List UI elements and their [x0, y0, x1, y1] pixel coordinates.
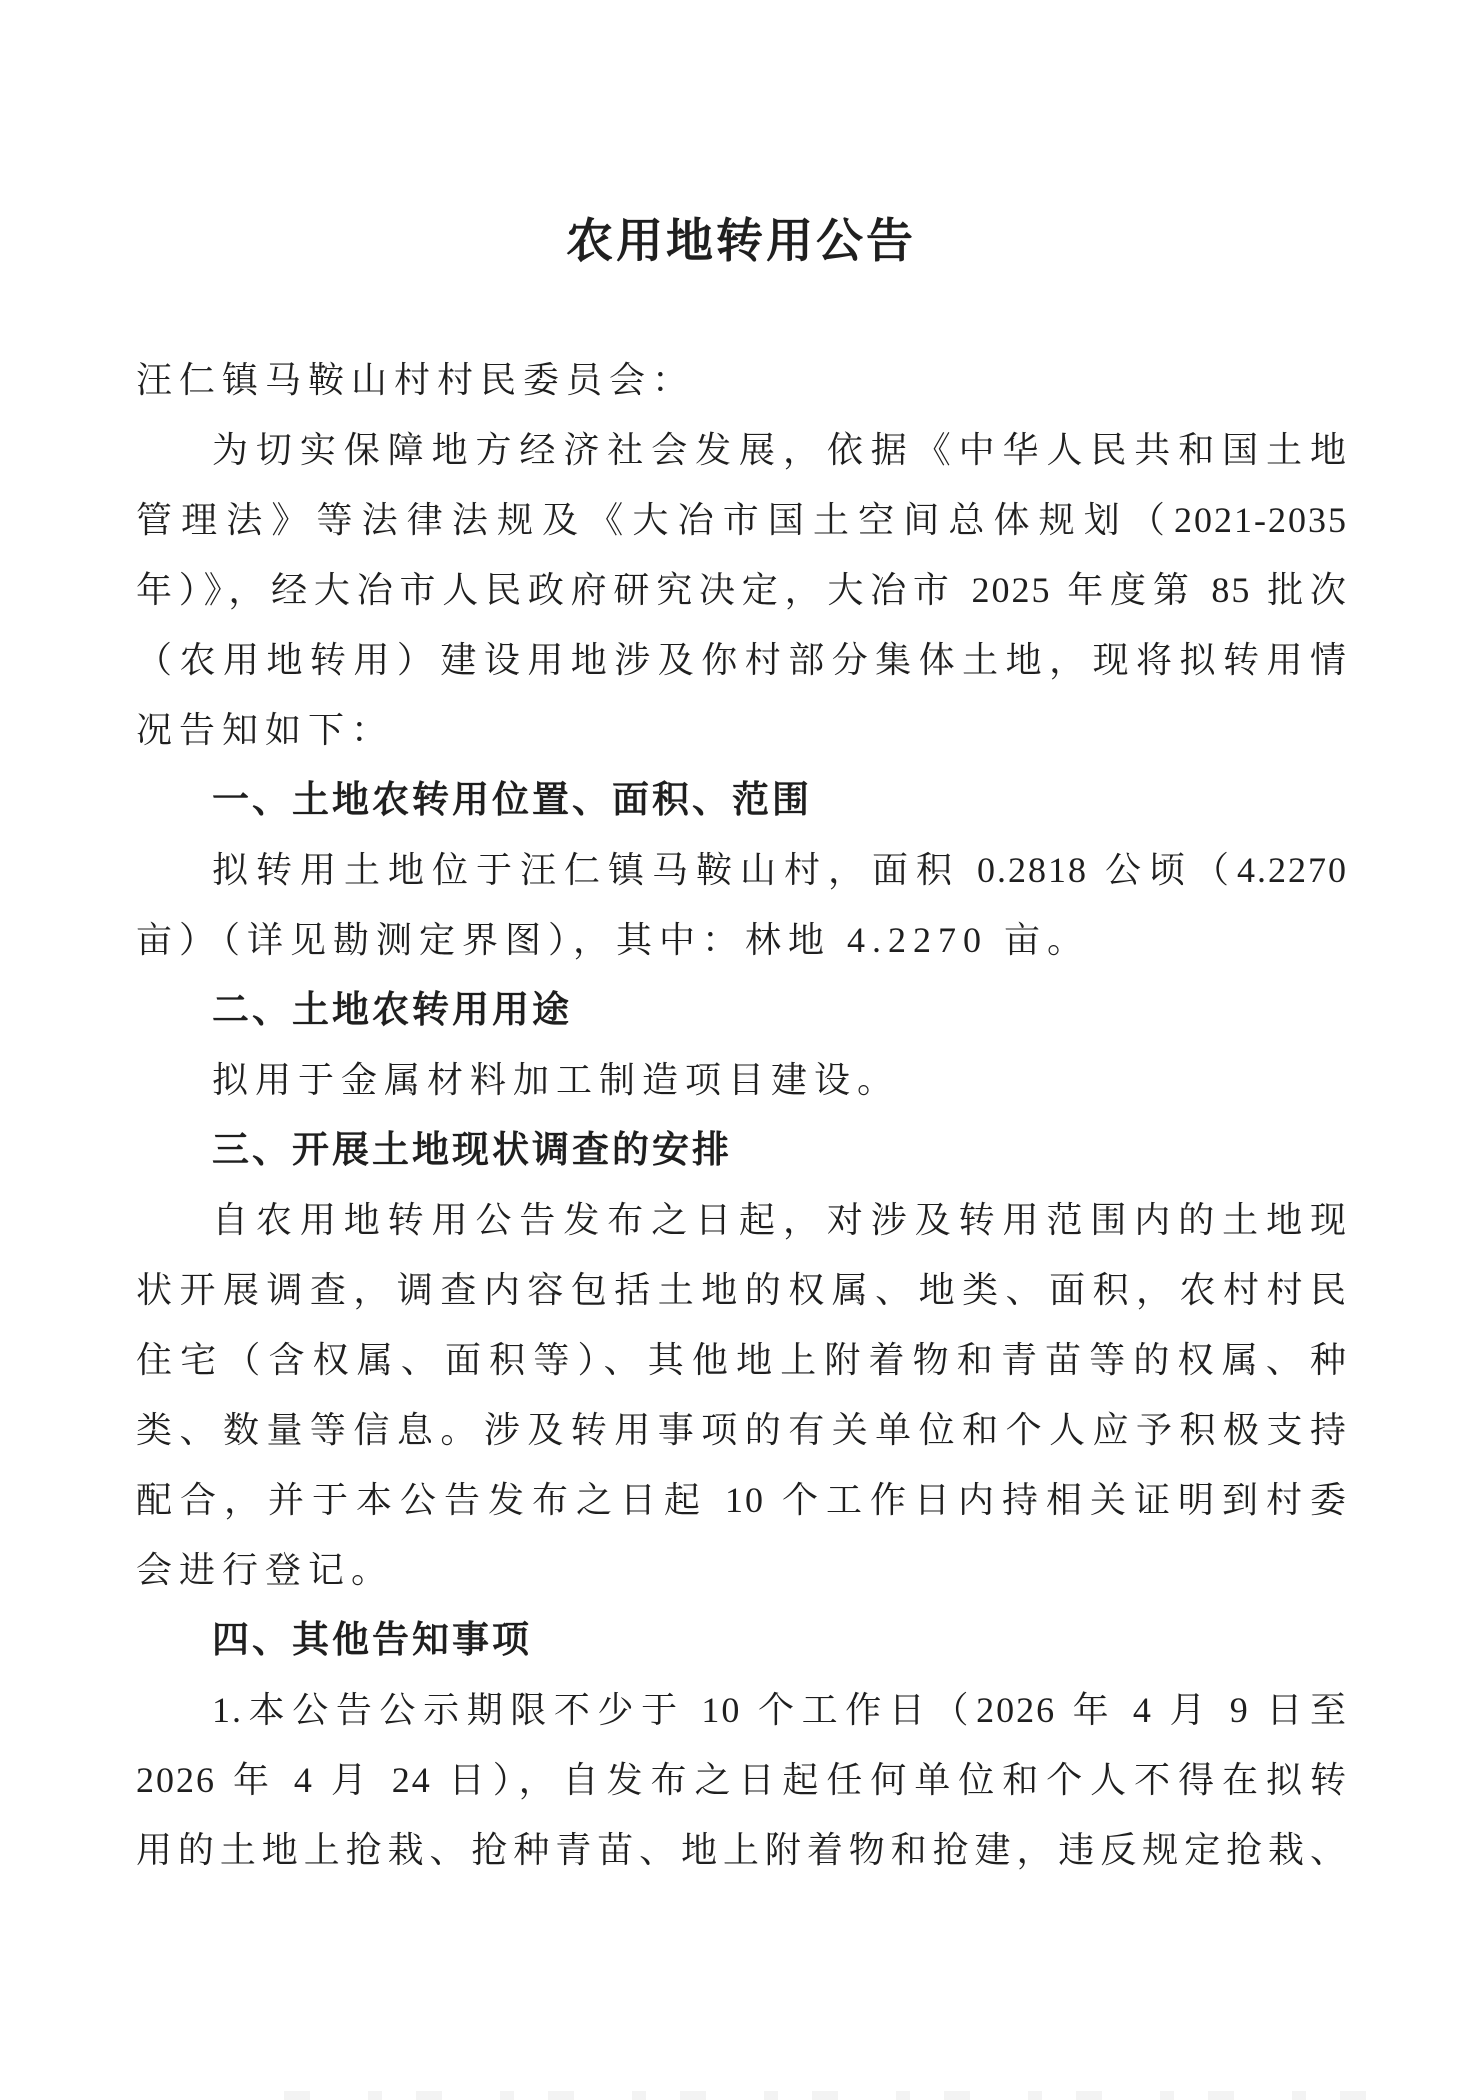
- section-heading: 三、开展土地现状调查的安排: [136, 1115, 1348, 1185]
- document-page: 农用地转用公告 汪仁镇马鞍山村村民委员会：为切实保障地方经济社会发展，依据《中华…: [0, 0, 1482, 2100]
- text-line: 配合，并于本公告发布之日起 10 个工作日内持相关证明到村委: [136, 1465, 1348, 1535]
- text-line: 自农用地转用公告发布之日起，对涉及转用范围内的土地现: [136, 1185, 1348, 1255]
- text-line: 状开展调查，调查内容包括土地的权属、地类、面积，农村村民: [136, 1255, 1348, 1325]
- text-line: 为切实保障地方经济社会发展，依据《中华人民共和国土地: [136, 415, 1348, 485]
- text-line: （农用地转用）建设用地涉及你村部分集体土地，现将拟转用情: [136, 625, 1348, 695]
- section-heading: 二、土地农转用用途: [136, 975, 1348, 1045]
- document-title: 农用地转用公告: [0, 212, 1482, 272]
- text-line: 用的土地上抢栽、抢种青苗、地上附着物和抢建，违反规定抢栽、: [136, 1815, 1348, 1885]
- document-body: 汪仁镇马鞍山村村民委员会：为切实保障地方经济社会发展，依据《中华人民共和国土地管…: [136, 345, 1348, 1885]
- text-line: 类、数量等信息。涉及转用事项的有关单位和个人应予积极支持: [136, 1395, 1348, 1465]
- text-line: 2026 年 4 月 24 日），自发布之日起任何单位和个人不得在拟转: [136, 1745, 1348, 1815]
- text-line: 1.本公告公示期限不少于 10 个工作日（2026 年 4 月 9 日至: [136, 1675, 1348, 1745]
- text-line: 管理法》等法律法规及《大冶市国土空间总体规划（2021-2035: [136, 485, 1348, 555]
- section-heading: 四、其他告知事项: [136, 1605, 1348, 1675]
- text-line: 会进行登记。: [136, 1535, 1348, 1605]
- text-line: 汪仁镇马鞍山村村民委员会：: [136, 345, 1348, 415]
- text-line: 年）》，经大冶市人民政府研究决定，大冶市 2025 年度第 85 批次: [136, 555, 1348, 625]
- text-line: 住宅（含权属、面积等）、其他地上附着物和青苗等的权属、种: [136, 1325, 1348, 1395]
- scan-artifact: [250, 2091, 1400, 2100]
- text-line: 亩）（详见勘测定界图），其中：林地 4.2270 亩。: [136, 905, 1348, 975]
- section-heading: 一、土地农转用位置、面积、范围: [136, 765, 1348, 835]
- text-line: 况告知如下：: [136, 695, 1348, 765]
- text-line: 拟转用土地位于汪仁镇马鞍山村，面积 0.2818 公顷（4.2270: [136, 835, 1348, 905]
- text-line: 拟用于金属材料加工制造项目建设。: [136, 1045, 1348, 1115]
